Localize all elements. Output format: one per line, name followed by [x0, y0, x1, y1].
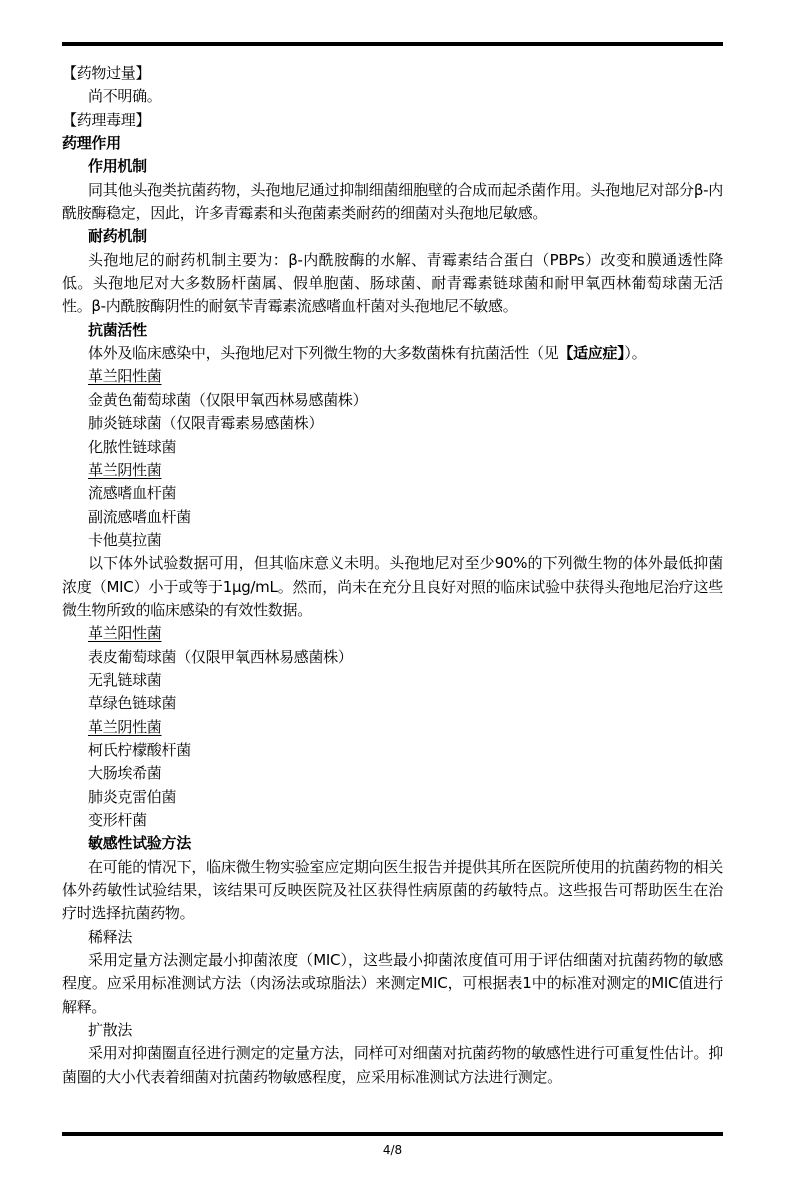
dilution-text: 采用定量方法测定最小抑菌浓度（MIC），这些最小抑菌浓度值可用于评估细菌对抗菌药…: [62, 949, 723, 1019]
document-body: 【药物过量】 尚不明确。 【药理毒理】 药理作用 作用机制 同其他头孢类抗菌药物…: [62, 62, 723, 1089]
organism-item: 卡他莫拉菌: [62, 529, 723, 552]
antibacterial-activity-heading: 抗菌活性: [62, 319, 723, 342]
diffusion-text: 采用对抑菌圈直径进行测定的定量方法，同样可对细菌对抗菌药物的敏感性进行可重复性估…: [62, 1042, 723, 1089]
pharmacological-action-heading: 药理作用: [62, 132, 723, 155]
group2-gram-negative-label: 革兰阴性菌: [62, 716, 723, 739]
mechanism-heading: 作用机制: [62, 155, 723, 178]
antibacterial-activity-text: 体外及临床感染中，头孢地尼对下列微生物的大多数菌株有抗菌活性（见【适应症】）。: [62, 342, 723, 365]
diffusion-heading: 扩散法: [62, 1019, 723, 1042]
group1-gram-positive-label: 革兰阳性菌: [62, 365, 723, 388]
resistance-heading: 耐药机制: [62, 225, 723, 248]
organism-item: 变形杆菌: [62, 809, 723, 832]
group2-gram-positive-label: 革兰阳性菌: [62, 622, 723, 645]
header-rule: [62, 42, 723, 46]
overdose-heading: 【药物过量】: [62, 62, 723, 85]
organism-item: 大肠埃希菌: [62, 762, 723, 785]
activity-text-prefix: 体外及临床感染中，头孢地尼对下列微生物的大多数菌株有抗菌活性（见: [88, 344, 558, 362]
organism-item: 表皮葡萄球菌（仅限甲氧西林易感菌株）: [62, 646, 723, 669]
organism-item: 流感嗜血杆菌: [62, 482, 723, 505]
activity-text-suffix: ）。: [624, 344, 646, 362]
organism-item: 肺炎链球菌（仅限青霉素易感菌株）: [62, 412, 723, 435]
organism-item: 无乳链球菌: [62, 669, 723, 692]
organism-item: 肺炎克雷伯菌: [62, 786, 723, 809]
in-vitro-text: 以下体外试验数据可用，但其临床意义未明。头孢地尼对至少90%的下列微生物的体外最…: [62, 552, 723, 622]
susceptibility-text: 在可能的情况下，临床微生物实验室应定期向医生报告并提供其所在医院所使用的抗菌药物…: [62, 856, 723, 926]
overdose-text: 尚不明确。: [62, 85, 723, 108]
susceptibility-heading: 敏感性试验方法: [62, 832, 723, 855]
group1-gram-negative-label: 革兰阴性菌: [62, 459, 723, 482]
organism-item: 金黄色葡萄球菌（仅限甲氧西林易感菌株）: [62, 389, 723, 412]
indications-reference: 【适应症】: [558, 344, 624, 362]
organism-item: 草绿色链球菌: [62, 692, 723, 715]
page-number: 4/8: [0, 1143, 785, 1157]
organism-item: 化脓性链球菌: [62, 436, 723, 459]
pharmacology-heading: 【药理毒理】: [62, 109, 723, 132]
resistance-text: 头孢地尼的耐药机制主要为：β-内酰胺酶的水解、青霉素结合蛋白（PBPs）改变和膜…: [62, 249, 723, 319]
mechanism-text: 同其他头孢类抗菌药物，头孢地尼通过抑制细菌细胞壁的合成而起杀菌作用。头孢地尼对部…: [62, 179, 723, 226]
footer-rule: [62, 1132, 723, 1136]
dilution-heading: 稀释法: [62, 926, 723, 949]
organism-item: 柯氏柠檬酸杆菌: [62, 739, 723, 762]
organism-item: 副流感嗜血杆菌: [62, 506, 723, 529]
